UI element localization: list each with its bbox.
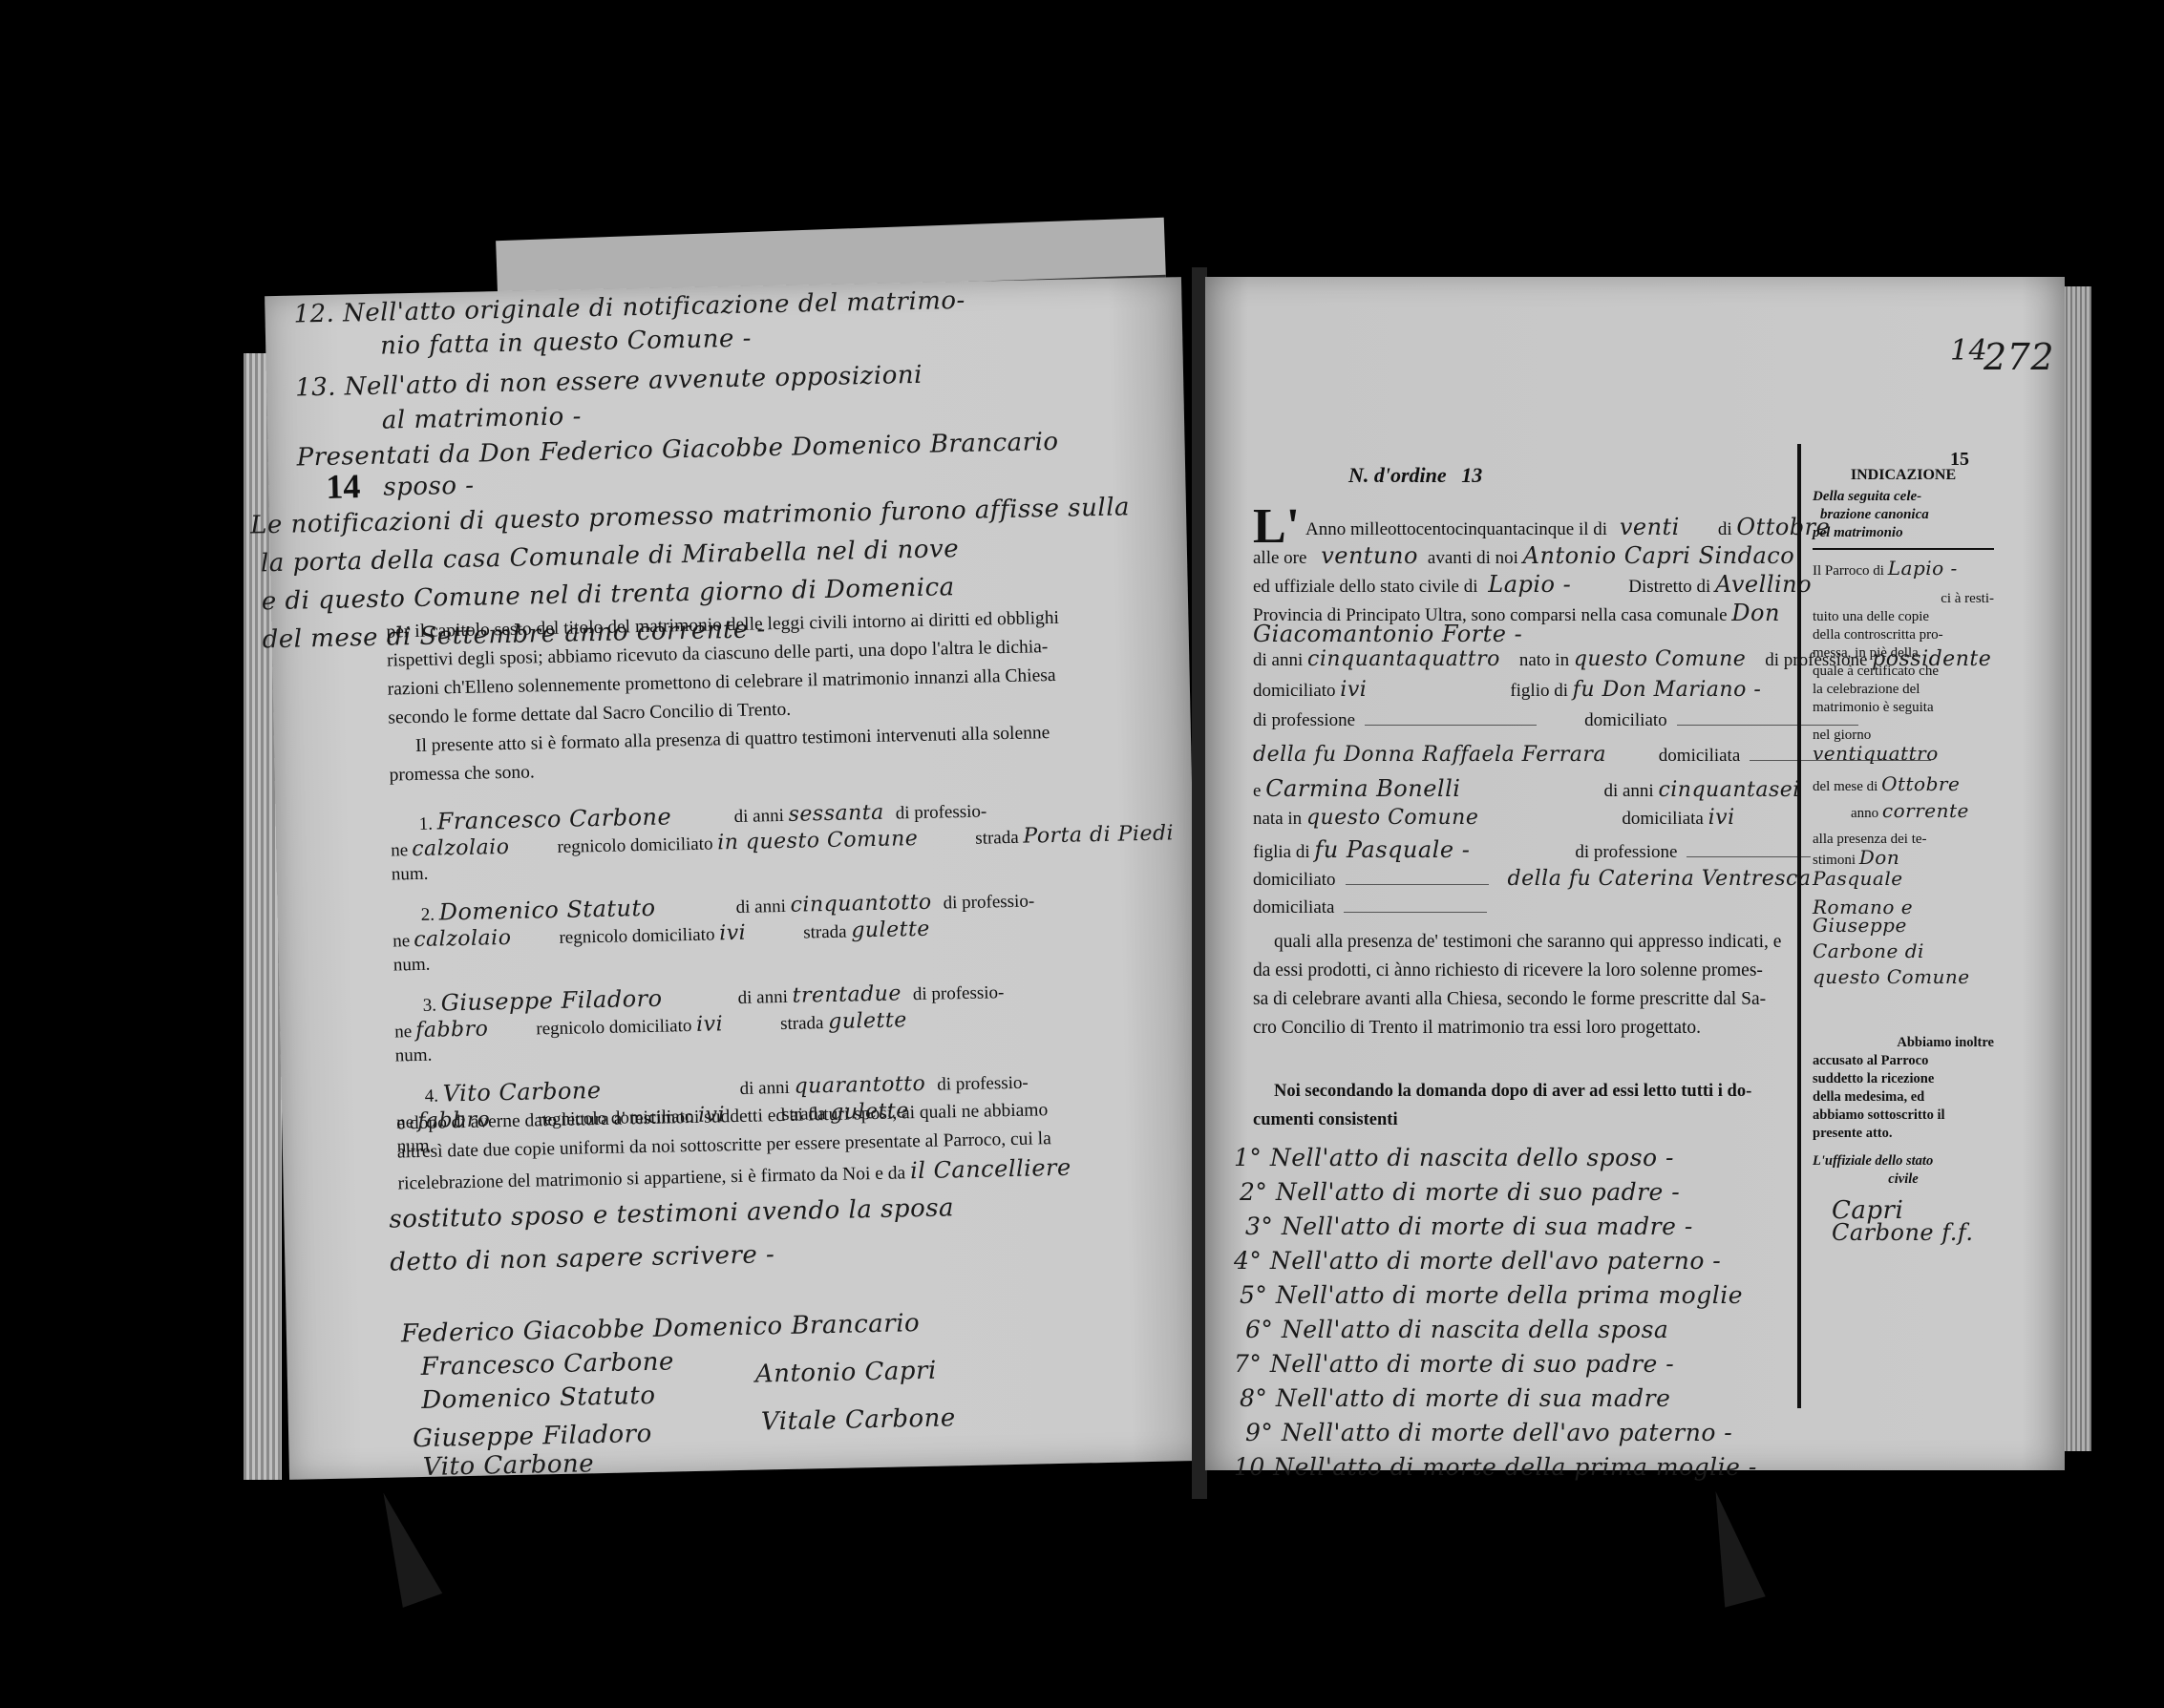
printed-text: di	[1718, 519, 1732, 539]
handwritten-entry: detto di non sapere scrivere -	[390, 1240, 775, 1276]
label: regnicolo domiciliato	[536, 1016, 691, 1039]
label: ne	[391, 840, 408, 860]
text-line: brazione canonica	[1813, 506, 1994, 524]
margin-officer-label: L'uffiziale dello stato civile	[1813, 1152, 1994, 1189]
page-clip	[364, 1486, 442, 1608]
text-line: della medesima, ed	[1813, 1088, 1994, 1107]
document-list-item: 3° Nell'atto di morte di sua madre -	[1245, 1212, 1693, 1240]
paragraph-capitolo: per il capitolo sesto del titolo del mat…	[386, 602, 1135, 790]
witness-street: gulette	[851, 917, 930, 943]
bride-name: Carmina Bonelli	[1265, 775, 1460, 802]
margin-anno: anno corrente	[1813, 802, 1994, 823]
printed-text: ed uffiziale dello stato civile di	[1253, 577, 1478, 597]
label: strada	[782, 1104, 826, 1125]
label: domiciliata	[1659, 746, 1740, 766]
label: domiciliato	[1253, 681, 1336, 701]
label: ne	[396, 1112, 414, 1132]
label: e	[1253, 781, 1261, 801]
text-line: accusato al Parroco	[1813, 1052, 1994, 1070]
groom-age: cinquantaquattro	[1307, 647, 1500, 671]
witness-name: Domenico Statuto	[438, 895, 655, 926]
document-list-item: 8° Nell'atto di morte di sua madre	[1240, 1384, 1670, 1412]
text-line: la celebrazione del	[1813, 681, 1994, 699]
label: regnicolo domiciliato	[557, 833, 712, 856]
celebration-day: ventiquattro	[1813, 742, 1939, 765]
margin-column: INDICAZIONE Della seguita cele- brazione…	[1813, 466, 1994, 1242]
bride-domicile: ivi	[1708, 806, 1735, 830]
label: nato in	[1519, 650, 1569, 670]
signature: Francesco Carbone	[420, 1347, 674, 1381]
note-line: 13. Nell'atto di non essere avvenute opp…	[295, 361, 923, 403]
order-label-text: N. d'ordine	[1348, 463, 1447, 487]
margin-title: INDICAZIONE	[1813, 466, 1994, 484]
signature: Giuseppe Filadoro	[413, 1420, 652, 1453]
bride-birthplace: questo Comune	[1306, 806, 1478, 830]
printed-text: avanti di noi	[1428, 548, 1518, 568]
celebration-year: corrente	[1882, 799, 1969, 822]
printed-text: alle ore	[1253, 548, 1306, 568]
note-line: nio fatta in questo Comune -	[380, 325, 752, 361]
margin-mese: del mese di Ottobre	[1813, 775, 1994, 796]
witness-street: Porta di Piedi	[1023, 821, 1174, 848]
label: figlio di	[1510, 681, 1568, 701]
order-label: N. d'ordine 13	[1348, 463, 1482, 488]
form-line: figlia di fu Pasquale -di professione	[1253, 836, 1811, 863]
label: di professio-	[943, 891, 1034, 913]
right-page-edges	[2063, 286, 2091, 1451]
document-list-item: 5° Nell'atto di morte della prima moglie	[1240, 1281, 1743, 1309]
text-line: messa, in piè della	[1813, 644, 1994, 663]
witness-age: sessanta	[788, 801, 884, 827]
witness-number: 1.	[419, 814, 434, 834]
label: di anni	[1253, 650, 1303, 670]
handwritten-title: Don	[1731, 600, 1780, 626]
witness-number: 2.	[421, 905, 435, 925]
label: di professio-	[913, 982, 1005, 1004]
witness-entry: 4. Vito Carbonedi anni quarantottodi pro…	[395, 1065, 1159, 1082]
label: num.	[392, 864, 429, 886]
witness-street: gulette	[830, 1099, 909, 1125]
text-line: pel matrimonio	[1813, 524, 1994, 542]
printed-text: Distretto di	[1628, 577, 1710, 597]
form-line: ed uffiziale dello stato civile di Lapio…	[1253, 571, 1812, 598]
officer-signature: Carbone f.f.	[1813, 1224, 1994, 1242]
label: di professione	[1575, 842, 1677, 862]
note-line: al matrimonio -	[382, 402, 583, 434]
folio-number: 272	[1984, 336, 2054, 378]
label: regnicolo domiciliato	[559, 924, 714, 947]
document-list-item: 2° Nell'atto di morte di suo padre -	[1240, 1178, 1680, 1206]
label: di anni	[733, 806, 784, 827]
witness-domicile: in questo Comune	[717, 827, 919, 854]
form-line: domiciliatodella fu Caterina Ventresca	[1253, 867, 1811, 891]
label: strada	[803, 922, 847, 943]
groom-father: fu Don Mariano -	[1573, 678, 1762, 702]
witness-profession: fabbro	[417, 1107, 491, 1133]
form-line: nata in questo Comunedomiciliata ivi	[1253, 806, 1735, 830]
label: regnicolo domiciliato	[538, 1107, 693, 1129]
label: del mese di	[1813, 779, 1878, 794]
printed-text: Anno milleottocentocinquantacinque il di	[1305, 519, 1607, 539]
label: domiciliata	[1253, 897, 1334, 917]
label: strada	[780, 1013, 824, 1034]
witness-entry: 3. Giuseppe Filadorodi anni trentaduedi …	[393, 975, 1157, 991]
witness-number: 4.	[424, 1086, 438, 1107]
text-line: alla presenza dei te-	[1813, 831, 1994, 849]
margin-witness: questo Comune	[1813, 968, 1994, 986]
form-line: Anno milleottocentocinquantacinque il di…	[1305, 514, 1830, 540]
groom-domicile: ivi	[1340, 678, 1367, 702]
page-ornament: 14	[326, 466, 361, 507]
folio-mark: 14	[1950, 334, 1987, 368]
bride-father: fu Pasquale -	[1314, 836, 1470, 863]
witness-age: cinquantotto	[790, 891, 932, 917]
witness-profession: calzolaio	[412, 835, 510, 861]
witness-domicile: ivi	[698, 1103, 726, 1128]
signature: Federico Giacobbe Domenico Brancario	[401, 1309, 921, 1348]
page-clip	[1695, 1486, 1766, 1607]
witness-age: trentadue	[792, 981, 902, 1007]
note-line: 12. Nell'atto originale di notificazione…	[293, 286, 965, 329]
label: strada	[975, 828, 1019, 849]
label: di anni	[739, 1078, 790, 1099]
document-list-item: 9° Nell'atto di morte dell'avo paterno -	[1245, 1419, 1732, 1446]
document-list-item: 4° Nell'atto di morte dell'avo paterno -	[1234, 1247, 1721, 1275]
label: num.	[393, 955, 431, 977]
form-line: e Carmina Bonellidi anni cinquantasei	[1253, 775, 1800, 802]
order-number: 13	[1461, 463, 1482, 487]
text-line: presente atto.	[1813, 1125, 1994, 1143]
text-line: suddetto la ricezione	[1813, 1070, 1994, 1088]
margin-restituito: ci à resti- tuito una delle copie della …	[1813, 590, 1994, 717]
margin-acknowledgement: Abbiamo inoltre accusato al Parroco sudd…	[1813, 1034, 1994, 1143]
text-line: della controscritta pro-	[1813, 626, 1994, 644]
label: ne	[392, 931, 410, 951]
left-page: 12. Nell'atto originale di notificazione…	[265, 277, 1206, 1480]
right-page: 272 14 15 N. d'ordine 13 L' Anno milleot…	[1205, 277, 2065, 1470]
label: di professio-	[937, 1073, 1029, 1095]
label: num.	[395, 1045, 433, 1067]
text-line: tuito una delle copie	[1813, 608, 1994, 626]
label: domiciliata	[1622, 809, 1703, 829]
groom-name: Giacomantonio Forte -	[1253, 621, 1522, 647]
label: di professio-	[896, 801, 987, 823]
note-line: Le notificazioni di questo promesso matr…	[250, 493, 1130, 539]
label: num.	[397, 1136, 435, 1158]
label: di anni	[735, 896, 786, 917]
text-line: abbiamo sottoscritto il	[1813, 1107, 1994, 1125]
document-list-item: 10 Nell'atto di morte della prima moglie…	[1234, 1453, 1757, 1481]
margin-subtitle: Della seguita cele- brazione canonica pe…	[1813, 488, 1994, 542]
text-line: stimoni	[1813, 853, 1856, 868]
signature: Vito Carbone	[423, 1449, 595, 1482]
margin-parroco: Il Parroco di Lapio -	[1813, 559, 1994, 580]
label: nel giorno	[1813, 727, 1871, 743]
form-line: domiciliato ivifiglio di fu Don Mariano …	[1253, 678, 1761, 702]
text-line: matrimonio è seguita	[1813, 699, 1994, 717]
label: di professione	[1253, 710, 1355, 730]
groom-mother: della fu Donna Raffaela Ferrara	[1253, 743, 1606, 767]
witness-name: Giuseppe Filadoro	[440, 985, 662, 1017]
signature: Antonio Capri	[755, 1357, 937, 1389]
label: Il Parroco di	[1813, 563, 1884, 579]
text-line: ci à resti-	[1813, 590, 1994, 608]
label: domiciliato	[1253, 870, 1336, 890]
handwritten-entry: il Cancelliere	[910, 1154, 1071, 1185]
witness-name: Francesco Carbone	[436, 803, 671, 834]
margin-divider	[1797, 444, 1801, 1408]
witness-profession: calzolaio	[414, 926, 512, 952]
groom-birthplace: questo Comune	[1574, 647, 1746, 671]
witness-age: quarantotto	[794, 1072, 925, 1099]
label: domiciliato	[1584, 710, 1667, 730]
label: figlia di	[1253, 842, 1310, 862]
witness-domicile: ivi	[719, 921, 747, 946]
text-line: L'uffiziale dello stato	[1813, 1152, 1994, 1170]
handwritten-officer: Antonio Capri Sindaco	[1523, 542, 1795, 569]
handwritten-town: Lapio -	[1488, 571, 1571, 598]
note-line: la porta della casa Comunale di Mirabell…	[261, 535, 960, 578]
parroco-place: Lapio -	[1888, 557, 1958, 580]
margin-witness: Romano e Giuseppe	[1813, 898, 1994, 935]
form-line: domiciliata	[1253, 897, 1487, 918]
document-list-item: 1° Nell'atto di nascita dello sposo -	[1234, 1144, 1674, 1171]
label: nata in	[1253, 809, 1302, 829]
witness-street: gulette	[828, 1008, 907, 1034]
witness-name: Vito Carbone	[442, 1077, 601, 1107]
witness-number: 3.	[423, 996, 437, 1016]
document-list-item: 7° Nell'atto di morte di suo padre -	[1234, 1350, 1674, 1378]
note-line: sposo -	[383, 472, 475, 502]
form-line: alle ore ventunoavanti di noi Antonio Ca…	[1253, 542, 1794, 569]
label: di anni	[737, 987, 788, 1008]
bride-mother: della fu Caterina Ventresca	[1508, 867, 1812, 891]
witness-entry: 1. Francesco Carbonedi anni sessantadi p…	[390, 793, 1154, 810]
book-scan: 12. Nell'atto originale di notificazione…	[0, 0, 2164, 1708]
witness-entry: 2. Domenico Statutodi anni cinquantottod…	[392, 884, 1156, 900]
label: anno	[1851, 806, 1878, 821]
handwritten-day: venti	[1620, 514, 1680, 540]
text-line: Abbiamo inoltre	[1813, 1034, 1994, 1052]
officer-signature: Capri	[1813, 1202, 1994, 1220]
label: di anni	[1603, 781, 1653, 801]
form-line: di professionedomiciliato	[1253, 710, 1858, 731]
bride-age: cinquantasei	[1658, 778, 1799, 802]
text-line: Della seguita cele-	[1813, 488, 1994, 506]
witness-profession: fabbro	[415, 1017, 489, 1043]
text-line: ricelebrazione del matrimonio si apparti…	[397, 1163, 905, 1193]
handwritten-hour: ventuno	[1321, 542, 1418, 569]
signature: Vitale Carbone	[761, 1403, 956, 1436]
document-list-item: 6° Nell'atto di nascita della sposa	[1245, 1316, 1668, 1343]
handwritten-entry: sostituto sposo e testimoni avendo la sp…	[389, 1193, 954, 1234]
text-line: civile	[1813, 1170, 1994, 1189]
margin-witness: Carbone di	[1813, 942, 1994, 960]
label: ne	[394, 1022, 412, 1042]
signature: Domenico Statuto	[421, 1381, 656, 1415]
celebration-month: Ottobre	[1881, 772, 1960, 795]
witness-domicile: ivi	[696, 1012, 724, 1037]
margin-giorno: nel giorno ventiquattro	[1813, 727, 1994, 766]
text-line: quale à certificato che	[1813, 663, 1994, 681]
margin-testimoni: alla presenza dei te- stimoni Don Pasqua…	[1813, 831, 1994, 986]
